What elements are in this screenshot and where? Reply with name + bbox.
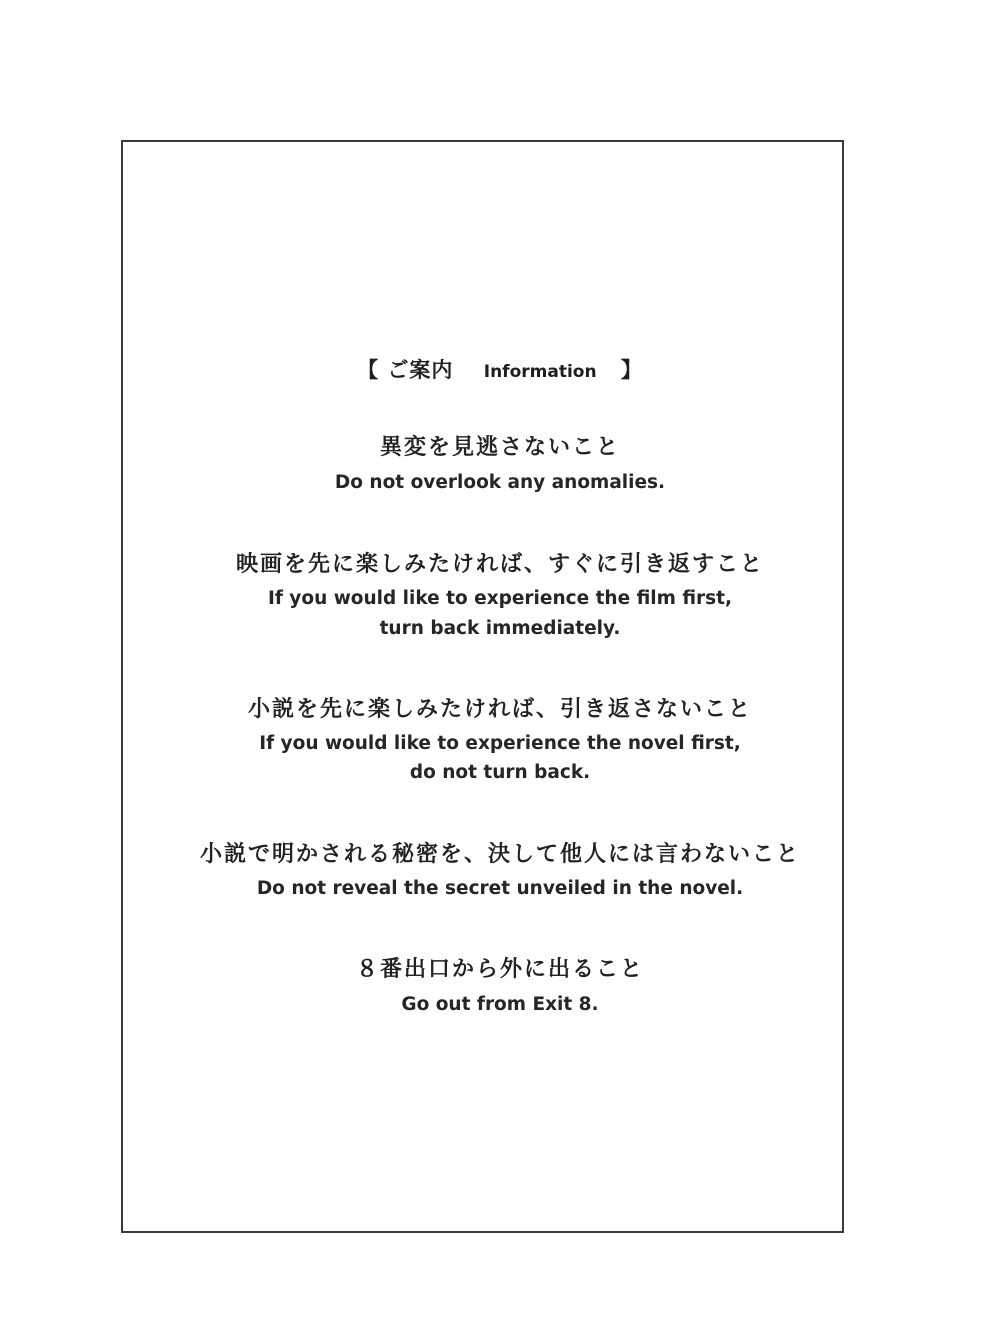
rule-1-en: Do not overlook any anomalies.: [0, 472, 1000, 493]
title-close-bracket: 】: [621, 358, 643, 382]
title-jp: ご案内: [387, 358, 453, 382]
notice-frame: [121, 140, 844, 1233]
rule-2-en-line-2: turn back immediately.: [0, 618, 1000, 639]
rule-3-en-line-2: do not turn back.: [0, 762, 1000, 783]
rule-2-jp: 映画を先に楽しみたければ、すぐに引き返すこと: [0, 547, 1000, 578]
title-en: Information: [484, 362, 597, 382]
title-open-bracket: 【: [357, 358, 379, 382]
rule-3-en-line-1: If you would like to experience the nove…: [0, 733, 1000, 754]
rule-1-jp: 異変を見逃さないこと: [0, 430, 1000, 461]
rule-5-jp: ８番出口から外に出ること: [0, 952, 1000, 983]
rule-4-jp: 小説で明かされる秘密を、決して他人には言わないこと: [0, 837, 1000, 868]
rule-4-en: Do not reveal the secret unveiled in the…: [0, 878, 1000, 899]
rule-3-jp: 小説を先に楽しみたければ、引き返さないこと: [0, 692, 1000, 723]
rule-2-en-line-1: If you would like to experience the film…: [0, 588, 1000, 609]
rule-5-en: Go out from Exit 8.: [0, 994, 1000, 1015]
notice-title: 【 ご案内 Information 】: [0, 354, 1000, 384]
